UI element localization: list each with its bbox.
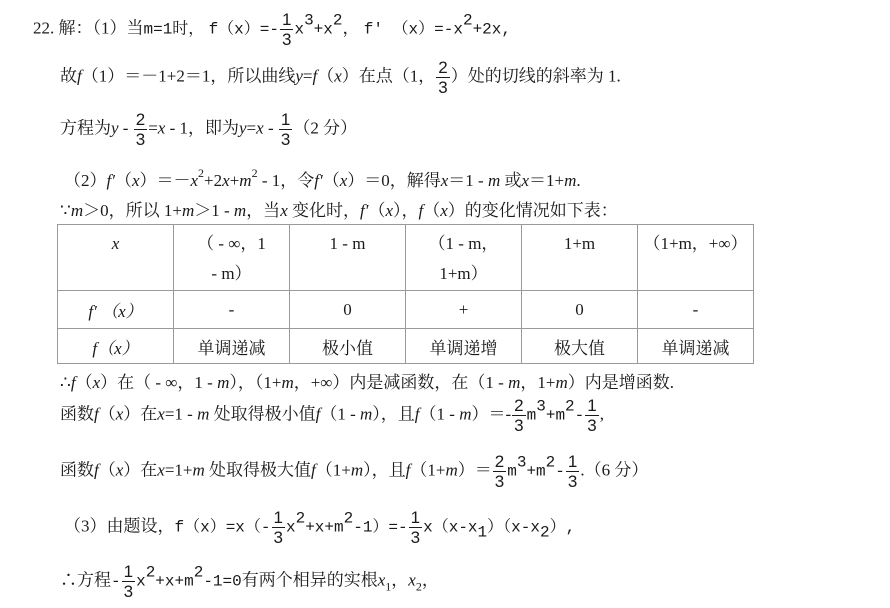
var: m xyxy=(234,201,246,220)
text: ）在点（1， xyxy=(342,66,436,85)
text: （1）＝－1+2＝1，所以曲线 xyxy=(82,66,296,85)
table-cell: 单调递减 xyxy=(638,329,754,364)
text: ＞1 - xyxy=(194,201,234,220)
condition: m=1时， xyxy=(144,20,205,38)
text: ，当 xyxy=(246,201,280,220)
text: =1 - xyxy=(165,404,197,423)
text: - xyxy=(119,118,133,137)
text: = xyxy=(247,118,257,137)
table-cell: 单调递增 xyxy=(406,329,522,364)
text: （1+ xyxy=(410,460,445,479)
text: ）在 xyxy=(123,404,157,423)
line-3: 方程为y - 23=x - 1，即为y=x - 13（2 分） xyxy=(60,110,357,149)
expr: +x+m xyxy=(155,572,193,590)
part1-label: （1）当 xyxy=(93,18,144,37)
text: . xyxy=(576,171,580,190)
line-2: 故f（1）＝－1+2＝1，所以曲线y=f（x）在点（1，23）处的切线的斜率为 … xyxy=(60,58,621,97)
expr: -1=0 xyxy=(203,572,241,590)
text: ，+∞）内是减函数，在（1 - xyxy=(294,373,508,392)
text: = xyxy=(148,118,158,137)
table-cell: f′ （x） xyxy=(58,291,174,329)
expr: ）, xyxy=(550,518,576,536)
exponent: 2 xyxy=(194,563,204,581)
text: ＞0，所以 1+ xyxy=(83,201,182,220)
var: x xyxy=(256,118,264,137)
fraction: 23 xyxy=(493,452,506,491)
line-4: （2）f′（x）＝－x2+2x+m2 - 1，令f′（x）＝0，解得x＝1 - … xyxy=(64,166,581,191)
var: x xyxy=(294,20,304,38)
because-symbol: ∵ xyxy=(60,201,71,220)
var: m xyxy=(527,406,537,424)
text: ），（1+ xyxy=(229,373,281,392)
text: （ xyxy=(115,171,132,190)
subscript: 2 xyxy=(540,523,550,541)
problem-number: 22. xyxy=(33,18,54,37)
var: m xyxy=(508,373,520,392)
var: x xyxy=(191,171,199,190)
text: （ xyxy=(423,201,440,220)
score-note: （2 分） xyxy=(293,118,357,137)
line-10: ∴方程-13x2+x+m2-1=0有两个相异的实根x1，x2， xyxy=(60,562,439,601)
fraction: 23 xyxy=(134,110,147,149)
variation-table: x （ - ∞，1 - m） 1 - m （1 - m，1+m） 1+m （1+… xyxy=(57,224,754,364)
text: - xyxy=(575,406,585,424)
table-cell: f（x） xyxy=(58,329,174,364)
expr: +x+m xyxy=(305,518,343,536)
var: m xyxy=(360,404,372,423)
text: 函数 xyxy=(60,460,94,479)
exponent: 2 xyxy=(565,397,575,415)
text: 变化时， xyxy=(288,201,360,220)
part3-label: （3）由题设， xyxy=(64,516,175,535)
text: +2 xyxy=(204,171,222,190)
var: m xyxy=(193,460,205,479)
table-cell: （1+m，+∞） xyxy=(638,225,754,291)
line-7: 函数f（x）在x=1 - m 处取得极小值f（1 - m），且f（1 - m）＝… xyxy=(60,396,604,435)
fraction: 23 xyxy=(436,58,449,97)
var: m xyxy=(507,462,517,480)
exponent: 2 xyxy=(344,509,354,527)
table-cell: 0 xyxy=(290,291,406,329)
var: x xyxy=(385,201,393,220)
var: m xyxy=(71,201,83,220)
table-row-f: f（x） 单调递减 极小值 单调递增 极大值 单调递减 xyxy=(58,329,754,364)
text: - xyxy=(264,118,278,137)
table-cell: 极小值 xyxy=(290,329,406,364)
solution-label: 解： xyxy=(59,18,93,37)
expr: f（x）=x（- xyxy=(175,518,271,536)
var: m xyxy=(488,171,500,190)
text: ）＝ xyxy=(458,460,492,479)
fraction: 13 xyxy=(122,562,135,601)
fraction: 13 xyxy=(409,508,422,547)
text: （ xyxy=(368,201,385,220)
expr: -1）=- xyxy=(353,518,407,536)
var: x xyxy=(132,171,140,190)
table-cell: （ - ∞，1 - m） xyxy=(174,225,290,291)
text: ＝1 - xyxy=(448,171,488,190)
fprime-rest: +2x, xyxy=(473,20,511,38)
text: ）在 xyxy=(123,460,157,479)
subscript: 1 xyxy=(478,523,488,541)
text: （1 - xyxy=(420,404,460,423)
var: x xyxy=(157,460,165,479)
exponent: 3 xyxy=(536,397,546,415)
var: x xyxy=(440,201,448,220)
text: - 1，即为 xyxy=(165,118,239,137)
text: ），且 xyxy=(363,460,406,479)
exponent: 2 xyxy=(296,509,306,527)
text: ）在（ - ∞，1 - xyxy=(100,373,217,392)
var: y xyxy=(295,66,303,85)
text: ）， xyxy=(393,201,419,220)
text: 方程为 xyxy=(60,118,111,137)
text: （ xyxy=(99,460,116,479)
var: x xyxy=(334,66,342,85)
text: （ xyxy=(76,373,93,392)
table-cell: 极大值 xyxy=(522,329,638,364)
var: x xyxy=(93,373,101,392)
expr: x xyxy=(286,518,296,536)
var: m xyxy=(351,460,363,479)
table-cell: 1 - m xyxy=(290,225,406,291)
table-cell: x xyxy=(58,225,174,291)
table-cell: 0 xyxy=(522,291,638,329)
term: +x xyxy=(314,20,333,38)
text: + xyxy=(230,171,240,190)
text: （1+ xyxy=(316,460,351,479)
var: x xyxy=(157,404,165,423)
var: x xyxy=(521,171,529,190)
var: f′ xyxy=(107,171,115,190)
table-cell: （1 - m，1+m） xyxy=(406,225,522,291)
table-row-fprime: f′ （x） - 0 + 0 - xyxy=(58,291,754,329)
text: ）的变化情况如下表： xyxy=(448,201,618,220)
part2-label: （2） xyxy=(64,171,107,190)
var: m xyxy=(564,171,576,190)
text: ）＝- xyxy=(471,404,511,423)
var: m xyxy=(555,373,567,392)
fraction: 13 xyxy=(279,110,292,149)
fraction: 23 xyxy=(512,396,525,435)
table-cell: + xyxy=(406,291,522,329)
table-cell: 单调递减 xyxy=(174,329,290,364)
expr: x xyxy=(136,572,146,590)
text: 处取得极小值 xyxy=(209,404,315,423)
exponent: 2 xyxy=(463,11,473,29)
text: - xyxy=(555,462,565,480)
fprime-expr: f′ （x）=-x xyxy=(364,20,463,38)
fraction: 13 xyxy=(272,508,285,547)
term: +m xyxy=(526,462,545,480)
text: 故 xyxy=(60,66,77,85)
var: y xyxy=(239,118,247,137)
var: x xyxy=(408,570,416,589)
var: m xyxy=(217,373,229,392)
var: x xyxy=(280,201,288,220)
fraction: 13 xyxy=(280,10,293,49)
exponent: 2 xyxy=(146,563,156,581)
var: m xyxy=(459,404,471,423)
text: - xyxy=(111,572,121,590)
line-1: 22. 解：（1）当m=1时， f（x）=-13x3+x2， f′ （x）=-x… xyxy=(33,10,511,49)
text: ，1+ xyxy=(520,373,555,392)
text: （ xyxy=(317,66,334,85)
table-row-header: x （ - ∞，1 - m） 1 - m （1 - m，1+m） 1+m （1+… xyxy=(58,225,754,291)
fraction: 13 xyxy=(585,396,598,435)
text: ∴方程 xyxy=(60,570,111,589)
text: ）处的切线的斜率为 1. xyxy=(451,66,621,85)
text: ）＝－ xyxy=(140,171,191,190)
exponent: 3 xyxy=(517,453,527,471)
text: ， xyxy=(391,570,408,589)
exponent: 2 xyxy=(546,453,556,471)
table-cell: 1+m xyxy=(522,225,638,291)
text: ）＝0，解得 xyxy=(347,171,441,190)
line-8: 函数f（x）在x=1+m 处取得极大值f（1+m），且f（1+m）＝23m3+m… xyxy=(60,452,648,491)
comma: ， xyxy=(342,18,359,37)
var: m xyxy=(182,201,194,220)
text: （1 - xyxy=(320,404,360,423)
var: m xyxy=(239,171,251,190)
text: 处取得极大值 xyxy=(205,460,311,479)
therefore-symbol: ∴ xyxy=(60,373,71,392)
var: m xyxy=(197,404,209,423)
text: （ xyxy=(323,171,340,190)
line-5: ∵m＞0，所以 1+m＞1 - m，当x 变化时，f′（x），f（x）的变化情况… xyxy=(60,196,618,221)
term: +m xyxy=(546,406,565,424)
score-note: .（6 分） xyxy=(580,460,648,479)
var: m xyxy=(281,373,293,392)
var: f′ xyxy=(314,171,322,190)
text: 函数 xyxy=(60,404,94,423)
table-cell: - xyxy=(174,291,290,329)
text: =1+ xyxy=(165,460,193,479)
exponent: 3 xyxy=(304,11,314,29)
line-6: ∴f（x）在（ - ∞，1 - m），（1+m，+∞）内是减函数，在（1 - m… xyxy=(60,368,674,393)
var: x xyxy=(222,171,230,190)
text: ＝1+ xyxy=(529,171,564,190)
text: ）内是增函数. xyxy=(568,373,674,392)
var: m xyxy=(445,460,457,479)
text: , xyxy=(600,404,604,423)
expr: x（x-x xyxy=(423,518,477,536)
table-cell: - xyxy=(638,291,754,329)
text: ），且 xyxy=(372,404,415,423)
text: 有两个相异的实根 xyxy=(242,570,378,589)
var: y xyxy=(111,118,119,137)
text: （ xyxy=(99,404,116,423)
text: ， xyxy=(422,570,439,589)
fraction: 13 xyxy=(566,452,579,491)
line-9: （3）由题设，f（x）=x（-13x2+x+m2-1）=-13x（x-x1）（x… xyxy=(64,508,575,547)
expr: ）（x-x xyxy=(487,518,540,536)
fx-lhs: f（x）=- xyxy=(209,20,279,38)
text: 或 xyxy=(500,171,521,190)
text: - 1，令 xyxy=(258,171,315,190)
